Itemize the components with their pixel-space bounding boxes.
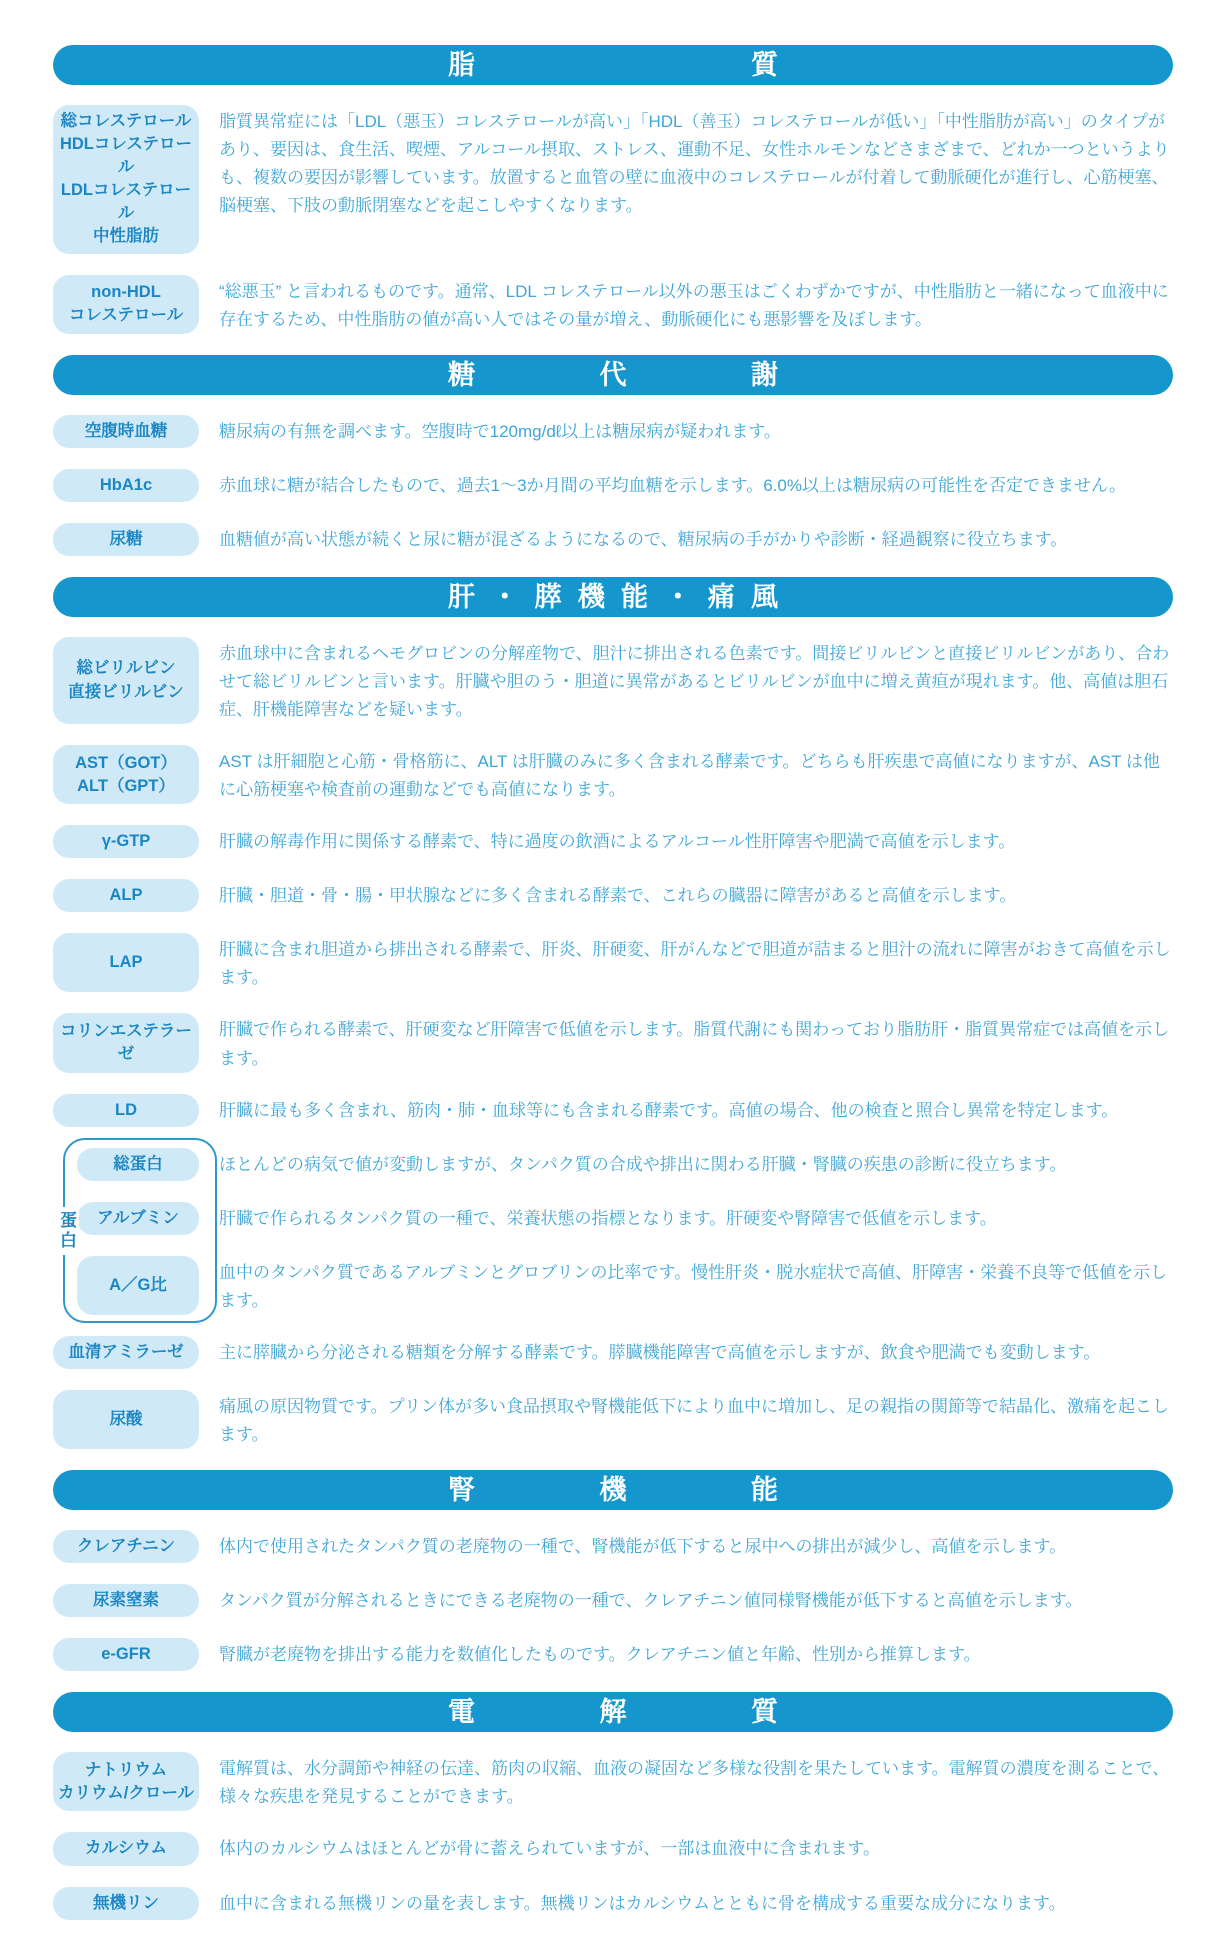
test-name-pill: アルブミン <box>77 1202 199 1235</box>
test-description: 肝臓で作られるタンパク質の一種で、栄養状態の指標となります。肝硬変や腎障害で低値… <box>199 1202 1173 1235</box>
test-row: 総コレステロール HDLコレステロール LDLコレステロール 中性脂肪 脂質異常… <box>53 105 1173 254</box>
test-row: A／G比 血中のタンパク質であるアルブミンとグロブリンの比率です。慢性肝炎・脱水… <box>53 1256 1173 1315</box>
test-row: アルブミン 肝臓で作られるタンパク質の一種で、栄養状態の指標となります。肝硬変や… <box>53 1202 1173 1235</box>
test-row: 空腹時血糖 糖尿病の有無を調べます。空腹時で120mg/dℓ以上は糖尿病が疑われ… <box>53 415 1173 448</box>
test-description: 主に膵臓から分泌される糖類を分解する酵素です。膵臓機能障害で高値を示しますが、飲… <box>199 1336 1173 1369</box>
test-description: 腎臓が老廃物を排出する能力を数値化したものです。クレアチニン値と年齢、性別から推… <box>199 1638 1173 1671</box>
test-description: タンパク質が分解されるときにできる老廃物の一種で、クレアチニン値同様腎機能が低下… <box>199 1584 1173 1617</box>
section-lipids: 脂質 総コレステロール HDLコレステロール LDLコレステロール 中性脂肪 脂… <box>53 45 1173 334</box>
test-description: 血糖値が高い状態が続くと尿に糖が混ざるようになるので、糖尿病の手がかりや診断・経… <box>199 523 1173 556</box>
test-description: ほとんどの病気で値が変動しますが、タンパク質の合成や排出に関わる肝臓・腎臓の疾患… <box>199 1148 1173 1181</box>
lab-test-explanation-page: 脂質 総コレステロール HDLコレステロール LDLコレステロール 中性脂肪 脂… <box>53 0 1173 1920</box>
test-row: e-GFR 腎臓が老廃物を排出する能力を数値化したものです。クレアチニン値と年齢… <box>53 1638 1173 1671</box>
section-header-kidney: 腎機能 <box>53 1470 1173 1510</box>
test-name-pill: HbA1c <box>53 469 199 502</box>
test-name-pill: 血清アミラーゼ <box>53 1336 199 1369</box>
test-name-pill: LD <box>53 1094 199 1127</box>
test-row: LAP 肝臓に含まれ胆道から排出される酵素で、肝炎、肝硬変、肝がんなどで胆道が詰… <box>53 933 1173 992</box>
test-name-pill: non-HDL コレステロール <box>53 275 199 334</box>
test-name-pill: 尿糖 <box>53 523 199 556</box>
test-row: クレアチニン 体内で使用されたタンパク質の老廃物の一種で、腎機能が低下すると尿中… <box>53 1530 1173 1563</box>
test-description: 痛風の原因物質です。プリン体が多い食品摂取や腎機能低下により血中に増加し、足の親… <box>199 1390 1173 1449</box>
test-description: 赤血球に糖が結合したもので、過去1～3か月間の平均血糖を示します。6.0%以上は… <box>199 469 1173 502</box>
test-row: 血清アミラーゼ 主に膵臓から分泌される糖類を分解する酵素です。膵臓機能障害で高値… <box>53 1336 1173 1369</box>
test-name-pill: 総蛋白 <box>77 1148 199 1181</box>
test-name-pill: 総ビリルビン 直接ビリルビン <box>53 637 199 724</box>
test-row: 無機リン 血中に含まれる無機リンの量を表します。無機リンはカルシウムとともに骨を… <box>53 1887 1173 1920</box>
test-row: コリンエステラーゼ 肝臓で作られる酵素で、肝硬変など肝障害で低値を示します。脂質… <box>53 1013 1173 1072</box>
test-description: 肝臓に含まれ胆道から排出される酵素で、肝炎、肝硬変、肝がんなどで胆道が詰まると胆… <box>199 933 1173 992</box>
test-description: 肝臓に最も多く含まれ、筋肉・肺・血球等にも含まれる酵素です。高値の場合、他の検査… <box>199 1094 1173 1127</box>
test-description: 体内で使用されたタンパク質の老廃物の一種で、腎機能が低下すると尿中への排出が減少… <box>199 1530 1173 1563</box>
test-name-pill: カルシウム <box>53 1832 199 1865</box>
test-name-pill: ナトリウム カリウム/クロール <box>53 1752 199 1811</box>
test-row: AST（GOT） ALT（GPT） AST は肝細胞と心筋・骨格筋に、ALT は… <box>53 745 1173 804</box>
test-row: カルシウム 体内のカルシウムはほとんどが骨に蓄えられていますが、一部は血液中に含… <box>53 1832 1173 1865</box>
section-header-liver: 肝・膵機能・痛風 <box>53 577 1173 617</box>
test-description: AST は肝細胞と心筋・骨格筋に、ALT は肝臓のみに多く含まれる酵素です。どち… <box>199 745 1173 804</box>
test-description: 脂質異常症には「LDL（悪玉）コレステロールが高い」「HDL（善玉）コレステロー… <box>199 105 1173 254</box>
test-row: 尿糖 血糖値が高い状態が続くと尿に糖が混ざるようになるので、糖尿病の手がかりや診… <box>53 523 1173 556</box>
section-title: 腎機能 <box>448 1470 778 1510</box>
test-description: 血中のタンパク質であるアルブミンとグロブリンの比率です。慢性肝炎・脱水症状で高値… <box>199 1256 1173 1315</box>
test-row: γ-GTP 肝臓の解毒作用に関係する酵素で、特に過度の飲酒によるアルコール性肝障… <box>53 825 1173 858</box>
test-row: HbA1c 赤血球に糖が結合したもので、過去1～3か月間の平均血糖を示します。6… <box>53 469 1173 502</box>
section-kidney-function: 腎機能 クレアチニン 体内で使用されたタンパク質の老廃物の一種で、腎機能が低下す… <box>53 1470 1173 1671</box>
test-row: ALP 肝臓・胆道・骨・腸・甲状腺などに多く含まれる酵素で、これらの臓器に障害が… <box>53 879 1173 912</box>
test-name-pill: γ-GTP <box>53 825 199 858</box>
section-title: 糖代謝 <box>448 355 778 395</box>
test-row: 尿素窒素 タンパク質が分解されるときにできる老廃物の一種で、クレアチニン値同様腎… <box>53 1584 1173 1617</box>
test-description: 肝臓・胆道・骨・腸・甲状腺などに多く含まれる酵素で、これらの臓器に障害があると高… <box>199 879 1173 912</box>
test-name-pill: ALP <box>53 879 199 912</box>
test-name-pill: コリンエステラーゼ <box>53 1013 199 1072</box>
test-row: ナトリウム カリウム/クロール 電解質は、水分調節や神経の伝達、筋肉の収縮、血液… <box>53 1752 1173 1811</box>
test-row: LD 肝臓に最も多く含まれ、筋肉・肺・血球等にも含まれる酵素です。高値の場合、他… <box>53 1094 1173 1127</box>
test-name-pill: e-GFR <box>53 1638 199 1671</box>
test-row: 総ビリルビン 直接ビリルビン 赤血球中に含まれるヘモグロビンの分解産物で、胆汁に… <box>53 637 1173 724</box>
test-name-pill: 尿素窒素 <box>53 1584 199 1617</box>
test-name-pill: LAP <box>53 933 199 992</box>
section-header-lipids: 脂質 <box>53 45 1173 85</box>
test-row: non-HDL コレステロール “総悪玉” と言われるものです。通常、LDL コ… <box>53 275 1173 334</box>
section-title: 肝・膵機能・痛風 <box>448 577 778 617</box>
test-name-pill: AST（GOT） ALT（GPT） <box>53 745 199 804</box>
section-title: 脂質 <box>448 45 778 85</box>
protein-group-label: 蛋白 <box>54 1207 79 1255</box>
test-description: 肝臓で作られる酵素で、肝硬変など肝障害で低値を示します。脂質代謝にも関わっており… <box>199 1013 1173 1072</box>
test-description: 血中に含まれる無機リンの量を表します。無機リンはカルシウムとともに骨を構成する重… <box>199 1887 1173 1920</box>
section-liver-pancreas-gout: 肝・膵機能・痛風 総ビリルビン 直接ビリルビン 赤血球中に含まれるヘモグロビンの… <box>53 577 1173 1449</box>
section-header-glucose: 糖代謝 <box>53 355 1173 395</box>
test-name-pill: 無機リン <box>53 1887 199 1920</box>
section-electrolytes: 電解質 ナトリウム カリウム/クロール 電解質は、水分調節や神経の伝達、筋肉の収… <box>53 1692 1173 1919</box>
test-row: 尿酸 痛風の原因物質です。プリン体が多い食品摂取や腎機能低下により血中に増加し、… <box>53 1390 1173 1449</box>
test-name-pill: 空腹時血糖 <box>53 415 199 448</box>
test-description: 糖尿病の有無を調べます。空腹時で120mg/dℓ以上は糖尿病が疑われます。 <box>199 415 1173 448</box>
test-name-pill: A／G比 <box>77 1256 199 1315</box>
test-description: 電解質は、水分調節や神経の伝達、筋肉の収縮、血液の凝固など多様な役割を果たしてい… <box>199 1752 1173 1811</box>
protein-group: 蛋白 総蛋白 ほとんどの病気で値が変動しますが、タンパク質の合成や排出に関わる肝… <box>53 1148 1173 1315</box>
test-row: 総蛋白 ほとんどの病気で値が変動しますが、タンパク質の合成や排出に関わる肝臓・腎… <box>53 1148 1173 1181</box>
section-glucose-metabolism: 糖代謝 空腹時血糖 糖尿病の有無を調べます。空腹時で120mg/dℓ以上は糖尿病… <box>53 355 1173 556</box>
test-name-pill: 総コレステロール HDLコレステロール LDLコレステロール 中性脂肪 <box>53 105 199 254</box>
test-name-pill: 尿酸 <box>53 1390 199 1449</box>
test-description: 肝臓の解毒作用に関係する酵素で、特に過度の飲酒によるアルコール性肝障害や肥満で高… <box>199 825 1173 858</box>
section-header-electrolytes: 電解質 <box>53 1692 1173 1732</box>
section-title: 電解質 <box>448 1692 778 1732</box>
test-description: 体内のカルシウムはほとんどが骨に蓄えられていますが、一部は血液中に含まれます。 <box>199 1832 1173 1865</box>
test-name-pill: クレアチニン <box>53 1530 199 1563</box>
test-description: 赤血球中に含まれるヘモグロビンの分解産物で、胆汁に排出される色素です。間接ビリル… <box>199 637 1173 724</box>
test-description: “総悪玉” と言われるものです。通常、LDL コレステロール以外の悪玉はごくわず… <box>199 275 1173 334</box>
